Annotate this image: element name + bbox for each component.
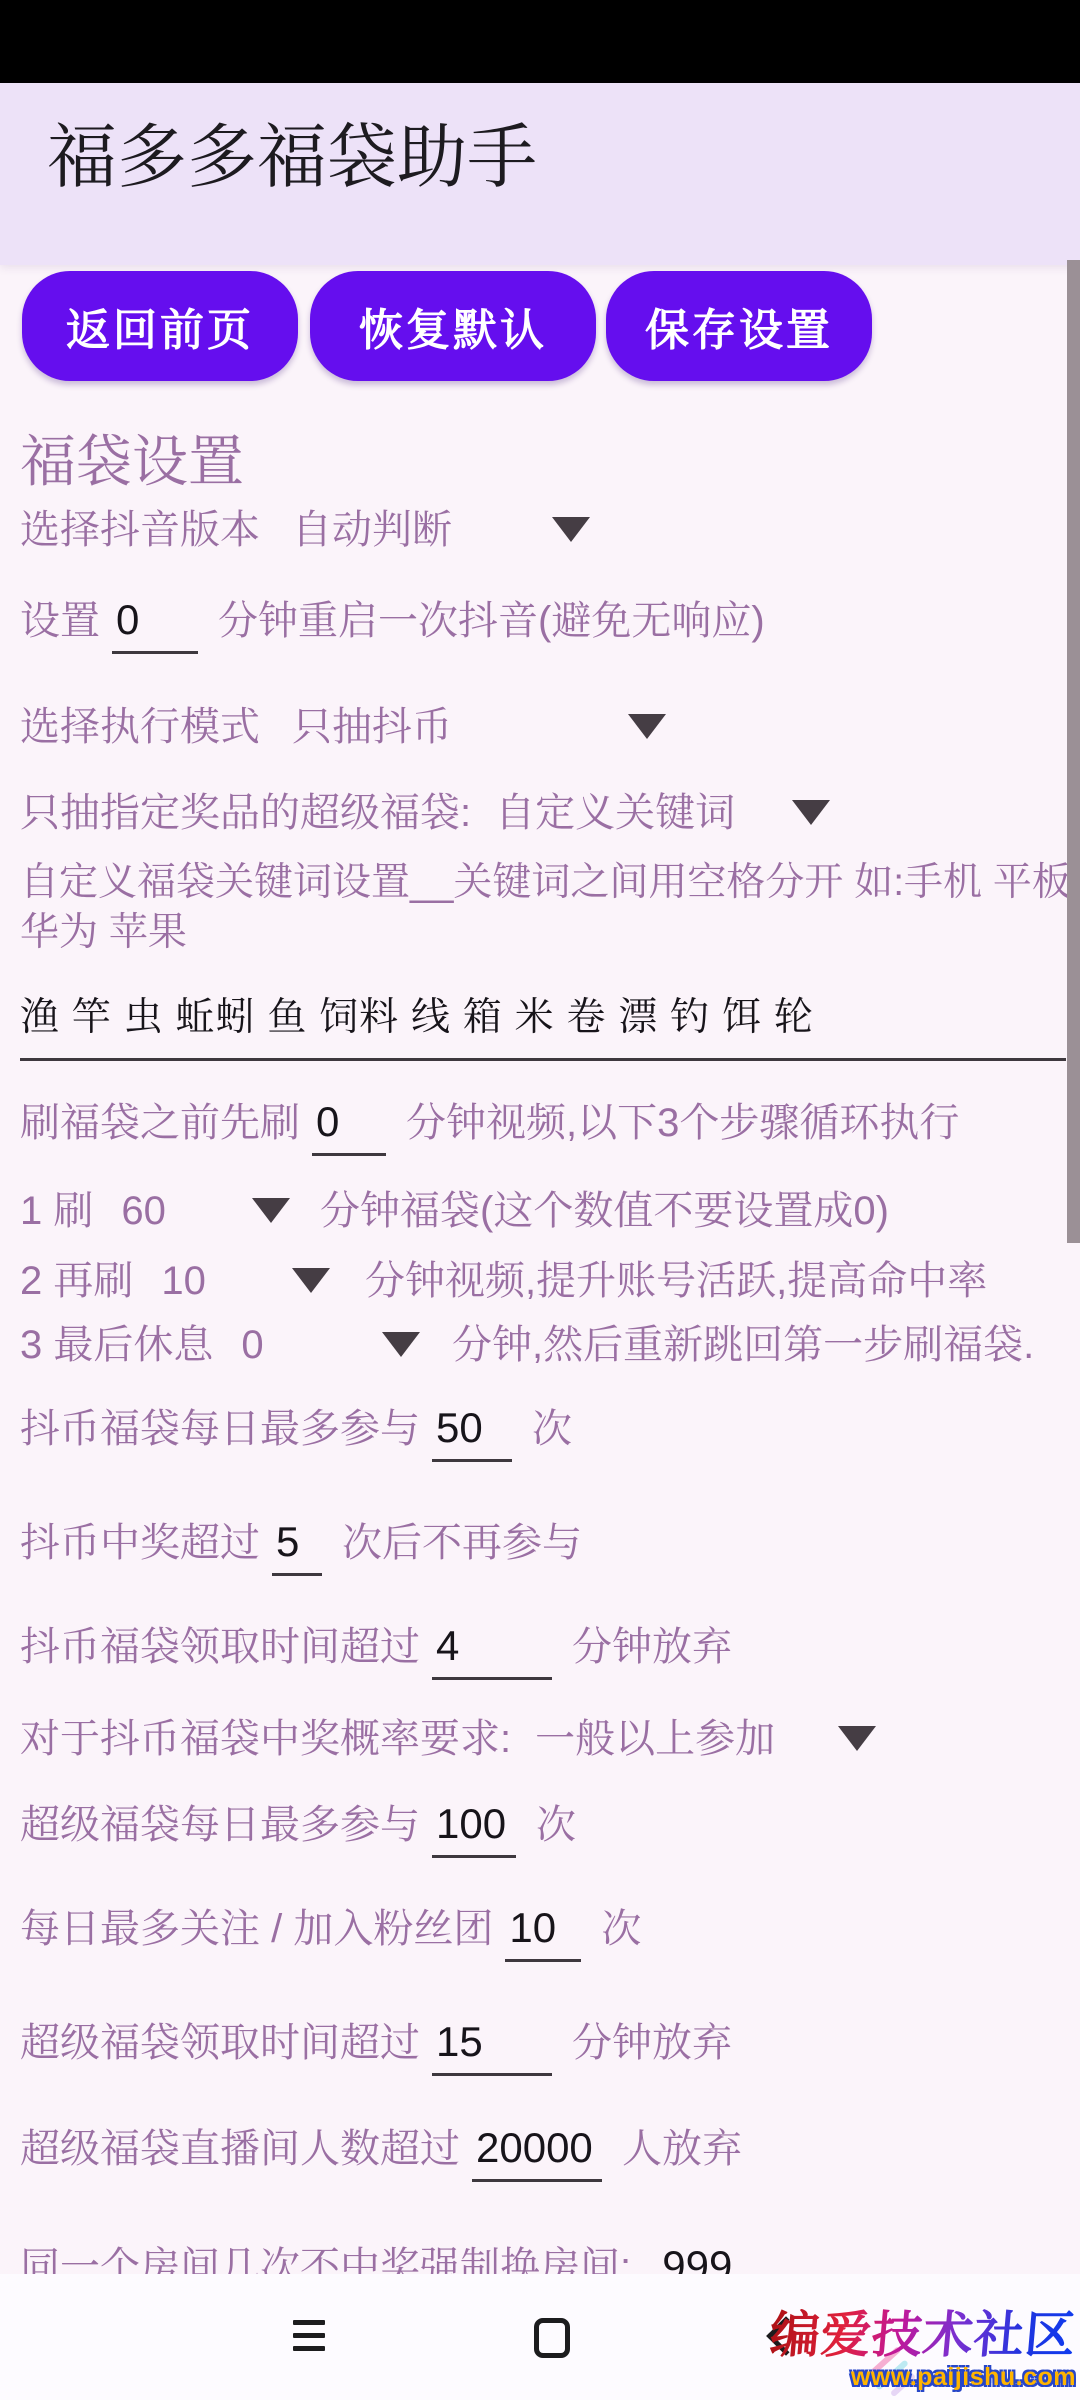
coin-claim-timeout-field[interactable]: 4 — [432, 1625, 552, 1680]
coin-probability-label: 对于抖币福袋中奖概率要求: — [20, 1717, 511, 1761]
row-super-prize-filter: 只抽指定奖品的超级福袋:自定义关键词 — [20, 788, 1064, 839]
step1-label-post: 分钟福袋(这个数值不要设置成0) — [320, 1186, 889, 1237]
keywords-input[interactable]: 渔 竿 虫 蚯蚓 鱼 饲料 线 箱 米 卷 漂 钓 饵 轮 — [20, 986, 1066, 1061]
coin-win-limit-field[interactable]: 5 — [272, 1521, 322, 1576]
watermark-title: 编爱技术社区 — [758, 2309, 1079, 2362]
coin-daily-max-field[interactable]: 50 — [432, 1407, 512, 1462]
restart-minutes-field[interactable]: 0 — [112, 599, 198, 654]
super-daily-max-label-post: 次 — [536, 1803, 576, 1847]
chevron-down-icon[interactable] — [292, 1268, 330, 1293]
coin-win-limit-label-pre: 抖币中奖超过 — [20, 1521, 260, 1565]
row-step2: 2 再刷10 分钟视频,提升账号活跃,提高命中率 — [20, 1256, 1064, 1307]
step3-minutes-select[interactable]: 0 — [241, 1323, 263, 1367]
exec-mode-select[interactable]: 只抽抖币 — [292, 705, 452, 749]
coin-probability-select[interactable]: 一般以上参加 — [535, 1717, 775, 1761]
coin-win-limit-label-post: 次后不再参与 — [342, 1521, 582, 1565]
restart-label-pre: 设置 — [20, 599, 100, 643]
pre-swipe-label-pre: 刷福袋之前先刷 — [20, 1101, 300, 1145]
row-super-daily-max: 超级福袋每日最多参与100次 — [20, 1800, 1064, 1858]
row-follow-daily-max: 每日最多关注 / 加入粉丝团10次 — [20, 1904, 1064, 1962]
super-prize-filter-select[interactable]: 自定义关键词 — [495, 791, 735, 835]
step1-label-pre: 1 刷 — [20, 1189, 93, 1233]
back-to-previous-page-button[interactable]: 返回前页 — [22, 271, 298, 381]
home-icon[interactable] — [534, 2318, 570, 2358]
app-header: 福多多福袋助手 — [0, 83, 1080, 265]
row-step3: 3 最后休息0 分钟,然后重新跳回第一步刷福袋. — [20, 1320, 1064, 1371]
super-room-limit-label-pre: 超级福袋直播间人数超过 — [20, 2127, 460, 2171]
row-coin-claim-timeout: 抖币福袋领取时间超过4分钟放弃 — [20, 1622, 1064, 1680]
chevron-down-icon[interactable] — [552, 517, 590, 542]
keywords-hint-text: 自定义福袋关键词设置__关键词之间用空格分开 如:手机 平板 华为 苹果 — [20, 858, 1072, 958]
follow-daily-max-label-pre: 每日最多关注 / 加入粉丝团 — [20, 1907, 493, 1951]
chevron-down-icon[interactable] — [792, 800, 830, 825]
super-room-limit-field[interactable]: 20000 — [472, 2127, 602, 2182]
row-coin-probability: 对于抖币福袋中奖概率要求:一般以上参加 — [20, 1714, 1064, 1765]
row-step1: 1 刷60 分钟福袋(这个数值不要设置成0) — [20, 1186, 1064, 1237]
watermark: 编爱技术社区 www.paijishu.com — [760, 2309, 1076, 2393]
app-screen: 福多多福袋助手 返回前页 恢复默认 保存设置 福袋设置 选择抖音版本自动判断 设… — [0, 0, 1080, 2400]
watermark-url: www.paijishu.com — [760, 2363, 1076, 2392]
row-coin-win-limit: 抖币中奖超过5次后不再参与 — [20, 1518, 1064, 1576]
follow-daily-max-field[interactable]: 10 — [505, 1907, 581, 1962]
step3-label-pre: 3 最后休息 — [20, 1323, 213, 1367]
super-daily-max-field[interactable]: 100 — [432, 1803, 516, 1858]
follow-daily-max-label-post: 次 — [601, 1907, 641, 1951]
row-douyin-version: 选择抖音版本自动判断 — [20, 505, 1064, 556]
exec-mode-label: 选择执行模式 — [20, 705, 260, 749]
super-daily-max-label-pre: 超级福袋每日最多参与 — [20, 1803, 420, 1847]
chevron-down-icon[interactable] — [252, 1198, 290, 1223]
super-prize-filter-label: 只抽指定奖品的超级福袋: — [20, 791, 471, 835]
save-settings-button[interactable]: 保存设置 — [606, 271, 872, 381]
chevron-down-icon[interactable] — [838, 1726, 876, 1751]
row-coin-daily-max: 抖币福袋每日最多参与50次 — [20, 1404, 1064, 1462]
status-bar — [0, 0, 1080, 83]
recents-icon[interactable] — [293, 2320, 325, 2351]
super-room-limit-label-post: 人放弃 — [622, 2127, 742, 2171]
coin-claim-timeout-label-post: 分钟放弃 — [572, 1625, 732, 1669]
step1-minutes-select[interactable]: 60 — [121, 1189, 166, 1233]
coin-claim-timeout-label-pre: 抖币福袋领取时间超过 — [20, 1625, 420, 1669]
douyin-version-label: 选择抖音版本 — [20, 508, 260, 552]
pre-swipe-label-post: 分钟视频,以下3个步骤循环执行 — [406, 1101, 959, 1145]
row-super-room-limit: 超级福袋直播间人数超过20000人放弃 — [20, 2124, 1064, 2182]
row-super-claim-timeout: 超级福袋领取时间超过15分钟放弃 — [20, 2018, 1064, 2076]
page-title: 福多多福袋助手 — [47, 117, 537, 198]
step3-label-post: 分钟,然后重新跳回第一步刷福袋. — [452, 1320, 1034, 1371]
super-claim-timeout-label-pre: 超级福袋领取时间超过 — [20, 2021, 420, 2065]
coin-daily-max-label-pre: 抖币福袋每日最多参与 — [20, 1407, 420, 1451]
row-exec-mode: 选择执行模式只抽抖币 — [20, 702, 1064, 753]
super-claim-timeout-field[interactable]: 15 — [432, 2021, 552, 2076]
restore-defaults-button[interactable]: 恢复默认 — [310, 271, 596, 381]
step2-minutes-select[interactable]: 10 — [161, 1259, 206, 1303]
chevron-down-icon[interactable] — [382, 1332, 420, 1357]
douyin-version-select[interactable]: 自动判断 — [292, 508, 452, 552]
coin-daily-max-label-post: 次 — [532, 1407, 572, 1451]
step2-label-pre: 2 再刷 — [20, 1259, 133, 1303]
scrollbar-thumb[interactable] — [1067, 260, 1080, 1243]
row-pre-swipe: 刷福袋之前先刷0分钟视频,以下3个步骤循环执行 — [20, 1098, 1064, 1156]
row-restart-interval: 设置0分钟重启一次抖音(避免无响应) — [20, 596, 1064, 654]
step2-label-post: 分钟视频,提升账号活跃,提高命中率 — [365, 1256, 987, 1307]
restart-label-post: 分钟重启一次抖音(避免无响应) — [218, 599, 765, 643]
pre-swipe-minutes-field[interactable]: 0 — [312, 1101, 386, 1156]
section-heading: 福袋设置 — [20, 418, 244, 498]
chevron-down-icon[interactable] — [628, 714, 666, 739]
super-claim-timeout-label-post: 分钟放弃 — [572, 2021, 732, 2065]
